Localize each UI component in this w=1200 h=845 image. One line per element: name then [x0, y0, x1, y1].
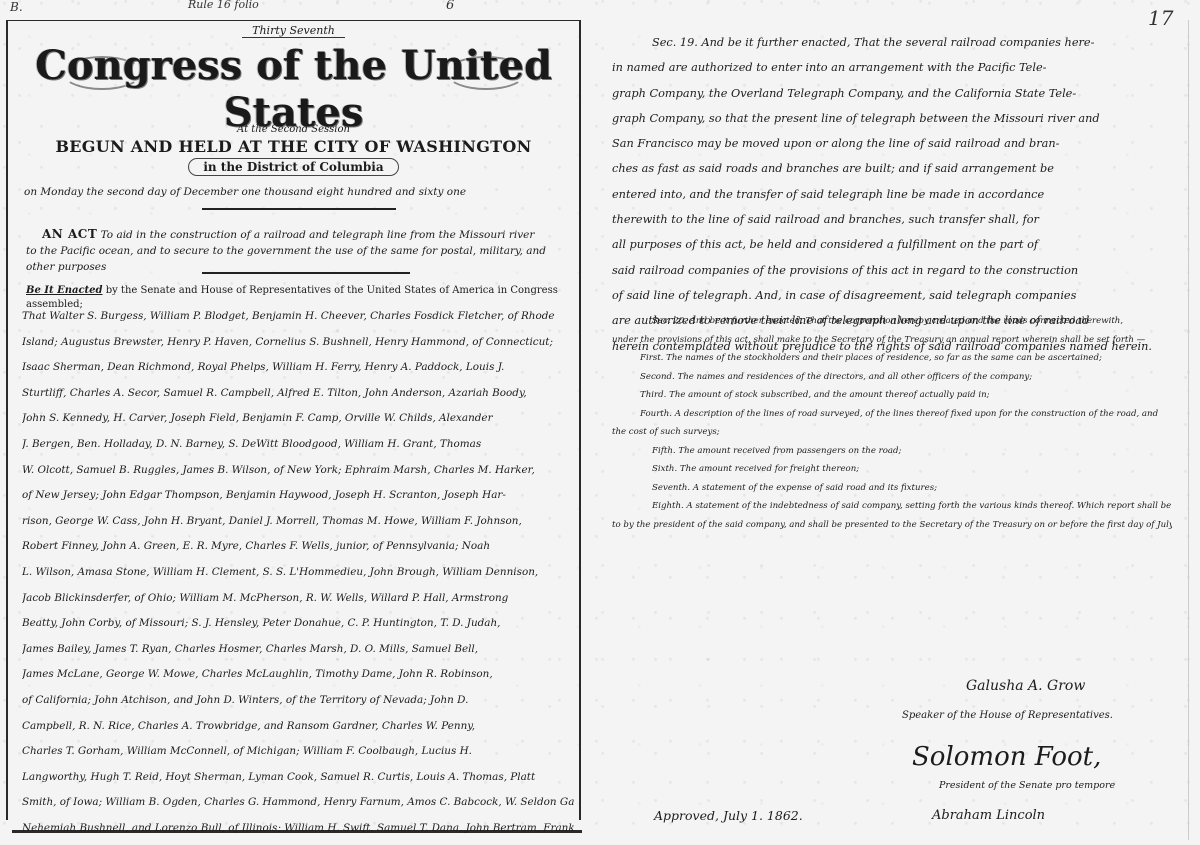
- margin-annotation-mid: Rule 16 folio: [188, 0, 259, 11]
- name-line: James Bailey, James T. Ryan, Charles Hos…: [22, 637, 574, 663]
- name-line: Isaac Sherman, Dean Richmond, Royal Phel…: [22, 355, 574, 381]
- opening-date: on Monday the second day of December one…: [24, 186, 466, 198]
- speaker-title: Speaker of the House of Representatives.: [902, 710, 1113, 721]
- section-20-line: Sec. 20. And be it further enacted, That…: [612, 312, 1172, 331]
- report-item: Third. The amount of stock subscribed, a…: [612, 386, 1172, 405]
- congress-title: Congress of the United States: [6, 42, 581, 136]
- senate-president-title: President of the Senate pro tempore: [939, 780, 1115, 791]
- section-19-line: graph Company, the Overland Telegraph Co…: [612, 81, 1172, 106]
- approval-date: Approved, July 1. 1862.: [654, 808, 803, 823]
- name-line: Island; Augustus Brewster, Henry P. Have…: [22, 330, 574, 356]
- section-20-line: under the provisions of this act, shall …: [612, 331, 1172, 350]
- president-signature: Abraham Lincoln: [932, 808, 1045, 823]
- right-page: Sec. 19. And be it further enacted, That…: [612, 30, 1172, 840]
- margin-annotation-left: B.: [10, 0, 23, 14]
- report-item: First. The names of the stockholders and…: [612, 349, 1172, 368]
- section-19-line: entered into, and the transfer of said t…: [612, 182, 1172, 207]
- section-19-line: San Francisco may be moved upon or along…: [612, 131, 1172, 156]
- name-line: of New Jersey; John Edgar Thompson, Benj…: [22, 483, 574, 509]
- report-item-continued: the cost of such surveys;: [612, 423, 1172, 442]
- speaker-signature: Galusha A. Grow: [966, 678, 1085, 694]
- district-line: in the District of Columbia: [6, 160, 581, 174]
- begun-line: BEGUN AND HELD AT THE CITY OF WASHINGTON: [6, 137, 581, 156]
- section-19-line: in named are authorized to enter into an…: [612, 55, 1172, 80]
- divider-rule: [202, 208, 396, 210]
- congress-number-text: Thirty Seventh: [242, 24, 345, 38]
- name-line: of California; John Atchison, and John D…: [22, 688, 574, 714]
- left-page: Thirty Seventh Congress of the United St…: [6, 20, 581, 840]
- name-line: That Walter S. Burgess, William P. Blodg…: [22, 304, 574, 330]
- name-line: Nehemiah Bushnell, and Lorenzo Bull, of …: [22, 816, 574, 842]
- section-20: Sec. 20. And be it further enacted, That…: [612, 312, 1172, 534]
- name-line: Sturtliff, Charles A. Secor, Samuel R. C…: [22, 381, 574, 407]
- act-title-line2: to the Pacific ocean, and to secure to t…: [26, 245, 546, 273]
- name-line: Beatty, John Corby, of Missouri; S. J. H…: [22, 611, 574, 637]
- report-item: Eighth. A statement of the indebtedness …: [612, 497, 1172, 516]
- report-item: Fourth. A description of the lines of ro…: [612, 405, 1172, 424]
- report-item: Seventh. A statement of the expense of s…: [612, 479, 1172, 498]
- section-19-line: said railroad companies of the provision…: [612, 258, 1172, 283]
- section-19: Sec. 19. And be it further enacted, That…: [612, 30, 1172, 359]
- congress-number: Thirty Seventh: [6, 24, 581, 37]
- section-19-line: graph Company, so that the present line …: [612, 106, 1172, 131]
- name-line: J. Bergen, Ben. Holladay, D. N. Barney, …: [22, 432, 574, 458]
- report-item: Fifth. The amount received from passenge…: [612, 442, 1172, 461]
- section-19-line: Sec. 19. And be it further enacted, That…: [612, 30, 1172, 55]
- divider-rule: [202, 272, 410, 274]
- report-item: Second. The names and residences of the …: [612, 368, 1172, 387]
- name-line: rison, George W. Cass, John H. Bryant, D…: [22, 509, 574, 535]
- incorporators-list: That Walter S. Burgess, William P. Blodg…: [22, 304, 574, 841]
- act-label: AN ACT: [42, 227, 97, 241]
- section-19-line: therewith to the line of said railroad a…: [612, 207, 1172, 232]
- section-19-line: all purposes of this act, be held and co…: [612, 232, 1172, 257]
- page-edge: [1188, 20, 1189, 840]
- name-line: Jacob Blickinsderfer, of Ohio; William M…: [22, 586, 574, 612]
- senate-president-signature: Solomon Foot,: [912, 742, 1101, 772]
- session-line: At the Second Session: [6, 124, 581, 135]
- section-19-line: ches as fast as said roads and branches …: [612, 156, 1172, 181]
- report-item: Sixth. The amount received for freight t…: [612, 460, 1172, 479]
- name-line: Smith, of Iowa; William B. Ogden, Charle…: [22, 790, 574, 816]
- enacted-label: Be It Enacted: [26, 285, 103, 296]
- name-line: Langworthy, Hugh T. Reid, Hoyt Sherman, …: [22, 765, 574, 791]
- name-line: Charles T. Gorham, William McConnell, of…: [22, 739, 574, 765]
- name-line: Campbell, R. N. Rice, Charles A. Trowbri…: [22, 714, 574, 740]
- name-line: L. Wilson, Amasa Stone, William H. Cleme…: [22, 560, 574, 586]
- name-line: Robert Finney, John A. Green, E. R. Myre…: [22, 534, 574, 560]
- page-number: 17: [1148, 6, 1173, 30]
- name-line: James McLane, George W. Mowe, Charles Mc…: [22, 662, 574, 688]
- act-title-line1: To aid in the construction of a railroad…: [101, 229, 535, 241]
- margin-annotation-number: 6: [446, 0, 454, 13]
- name-line: John S. Kennedy, H. Carver, Joseph Field…: [22, 406, 574, 432]
- name-line: W. Olcott, Samuel B. Ruggles, James B. W…: [22, 458, 574, 484]
- act-title: AN ACT To aid in the construction of a r…: [26, 226, 566, 275]
- section-19-line: of said line of telegraph. And, in case …: [612, 283, 1172, 308]
- scanned-document: B. Rule 16 folio 6 17 Thirty Seventh Con…: [0, 0, 1200, 845]
- district-text: in the District of Columbia: [188, 158, 398, 176]
- report-item-continued: to by the president of the said company,…: [612, 516, 1172, 535]
